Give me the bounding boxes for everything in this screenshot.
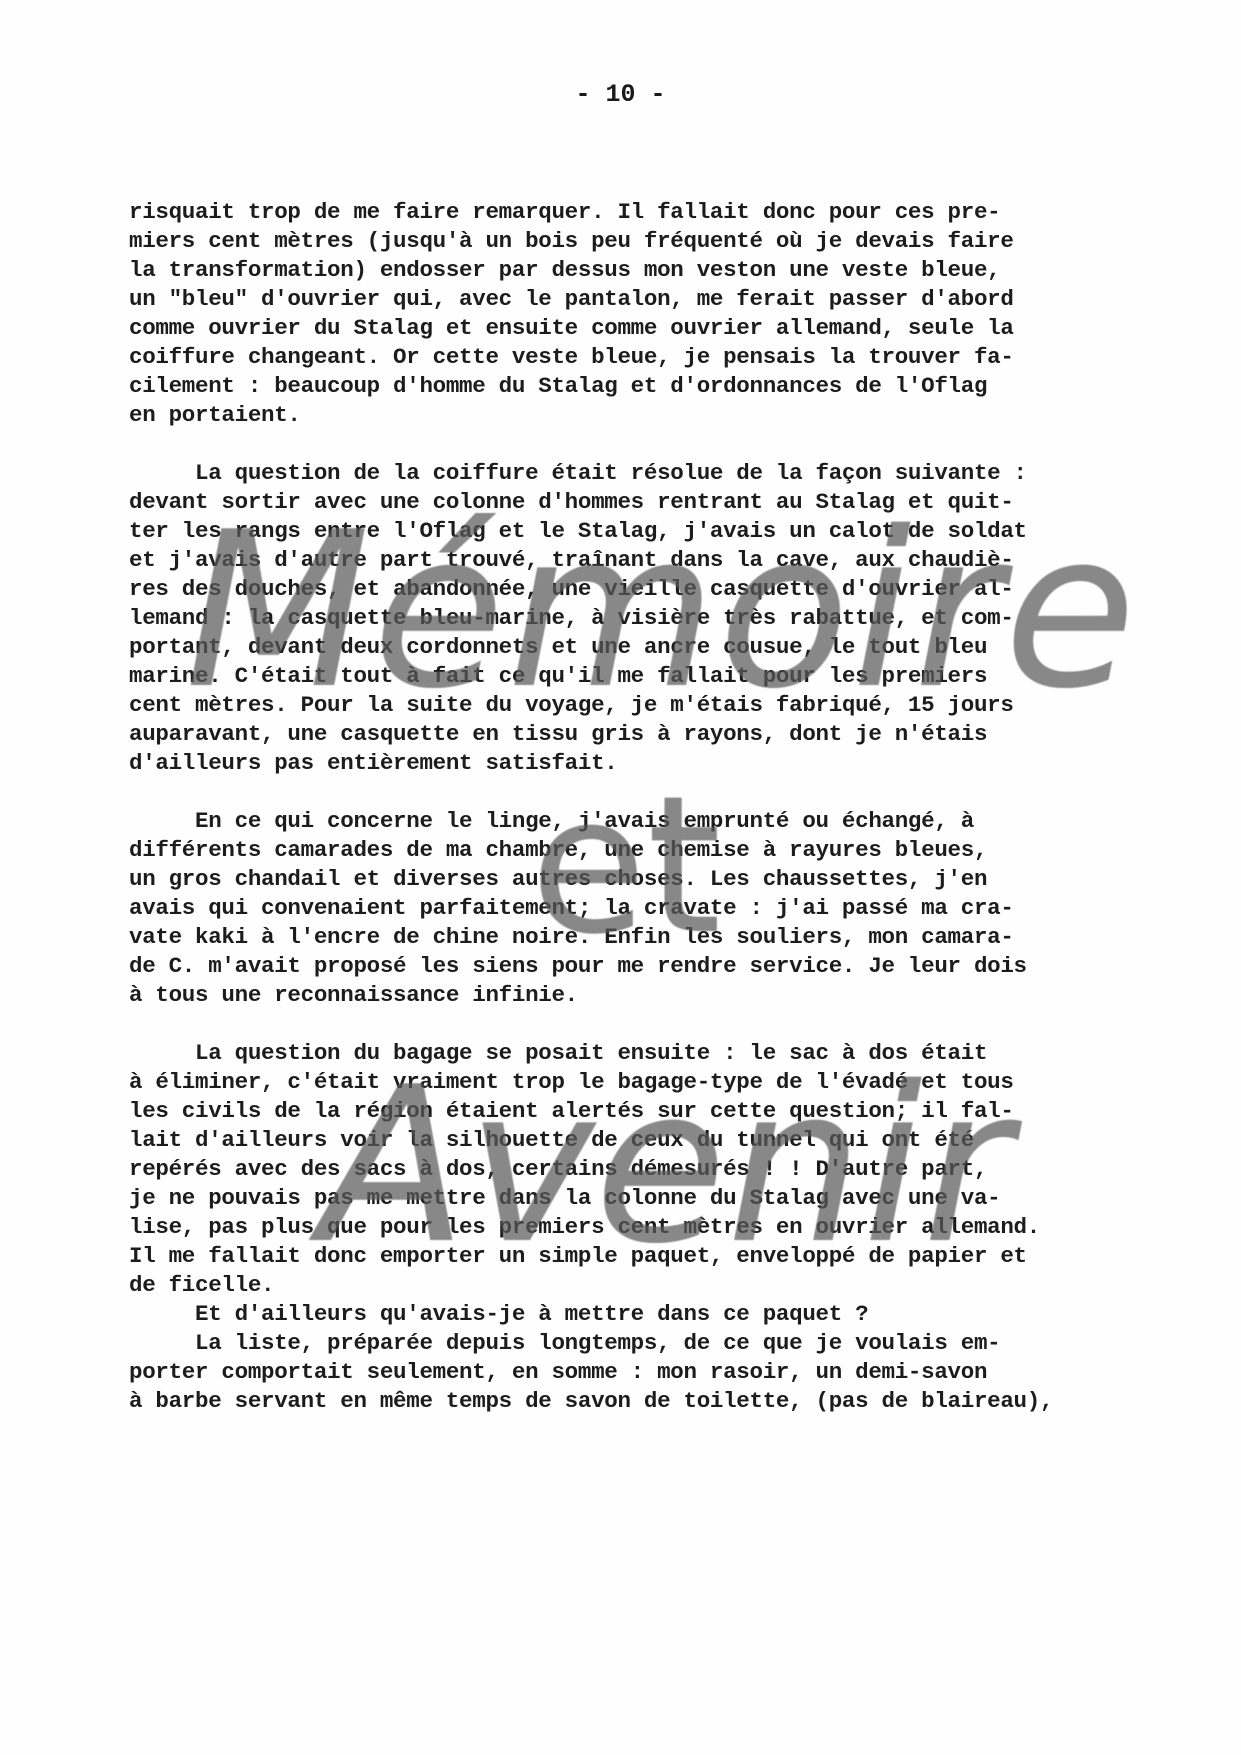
text-line: Et d'ailleurs qu'avais-je à mettre dans … <box>129 1300 1169 1329</box>
text-line: lemand : la casquette bleu-marine, à vis… <box>129 604 1169 633</box>
text-line: avais qui convenaient parfaitement; la c… <box>129 894 1169 923</box>
text-line: cent mètres. Pour la suite du voyage, je… <box>129 691 1169 720</box>
text-line: coiffure changeant. Or cette veste bleue… <box>129 343 1169 372</box>
paragraph-gap <box>129 430 1169 459</box>
paragraph: risquait trop de me faire remarquer. Il … <box>129 198 1169 430</box>
text-line: d'ailleurs pas entièrement satisfait. <box>129 749 1169 778</box>
paragraph-gap <box>129 1010 1169 1039</box>
text-line: porter comportait seulement, en somme : … <box>129 1358 1169 1387</box>
text-line: à tous une reconnaissance infinie. <box>129 981 1169 1010</box>
document-page: - 10 - risquait trop de me faire remarqu… <box>0 0 1241 1755</box>
text-line: cilement : beaucoup d'homme du Stalag et… <box>129 372 1169 401</box>
text-line: repérés avec des sacs à dos, certains dé… <box>129 1155 1169 1184</box>
paragraph-gap <box>129 778 1169 807</box>
text-line: lise, pas plus que pour les premiers cen… <box>129 1213 1169 1242</box>
text-line: de ficelle. <box>129 1271 1169 1300</box>
text-line: La question de la coiffure était résolue… <box>129 459 1169 488</box>
text-line: marine. C'était tout à fait ce qu'il me … <box>129 662 1169 691</box>
text-line: en portaient. <box>129 401 1169 430</box>
text-line: lait d'ailleurs voir la silhouette de ce… <box>129 1126 1169 1155</box>
text-line: de C. m'avait proposé les siens pour me … <box>129 952 1169 981</box>
paragraph: La question de la coiffure était résolue… <box>129 459 1169 778</box>
text-line: La question du bagage se posait ensuite … <box>129 1039 1169 1068</box>
text-line: comme ouvrier du Stalag et ensuite comme… <box>129 314 1169 343</box>
text-line: Il me fallait donc emporter un simple pa… <box>129 1242 1169 1271</box>
text-line: miers cent mètres (jusqu'à un bois peu f… <box>129 227 1169 256</box>
text-line: vate kaki à l'encre de chine noire. Enfi… <box>129 923 1169 952</box>
text-line: à barbe servant en même temps de savon d… <box>129 1387 1169 1416</box>
text-line: auparavant, une casquette en tissu gris … <box>129 720 1169 749</box>
text-line: En ce qui concerne le linge, j'avais emp… <box>129 807 1169 836</box>
text-line: risquait trop de me faire remarquer. Il … <box>129 198 1169 227</box>
text-line: portant, devant deux cordonnets et une a… <box>129 633 1169 662</box>
text-line: un "bleu" d'ouvrier qui, avec le pantalo… <box>129 285 1169 314</box>
text-line: la transformation) endosser par dessus m… <box>129 256 1169 285</box>
paragraph: La question du bagage se posait ensuite … <box>129 1039 1169 1416</box>
body-text: risquait trop de me faire remarquer. Il … <box>129 198 1169 1416</box>
paragraph: En ce qui concerne le linge, j'avais emp… <box>129 807 1169 1010</box>
text-line: La liste, préparée depuis longtemps, de … <box>129 1329 1169 1358</box>
text-line: différents camarades de ma chambre, une … <box>129 836 1169 865</box>
text-line: à éliminer, c'était vraiment trop le bag… <box>129 1068 1169 1097</box>
page-number: - 10 - <box>0 80 1241 109</box>
text-line: devant sortir avec une colonne d'hommes … <box>129 488 1169 517</box>
text-line: un gros chandail et diverses autres chos… <box>129 865 1169 894</box>
text-line: ter les rangs entre l'Oflag et le Stalag… <box>129 517 1169 546</box>
text-line: je ne pouvais pas me mettre dans la colo… <box>129 1184 1169 1213</box>
text-line: les civils de la région étaient alertés … <box>129 1097 1169 1126</box>
text-line: res des douches, et abandonnée, une viei… <box>129 575 1169 604</box>
text-line: et j'avais d'autre part trouvé, traînant… <box>129 546 1169 575</box>
